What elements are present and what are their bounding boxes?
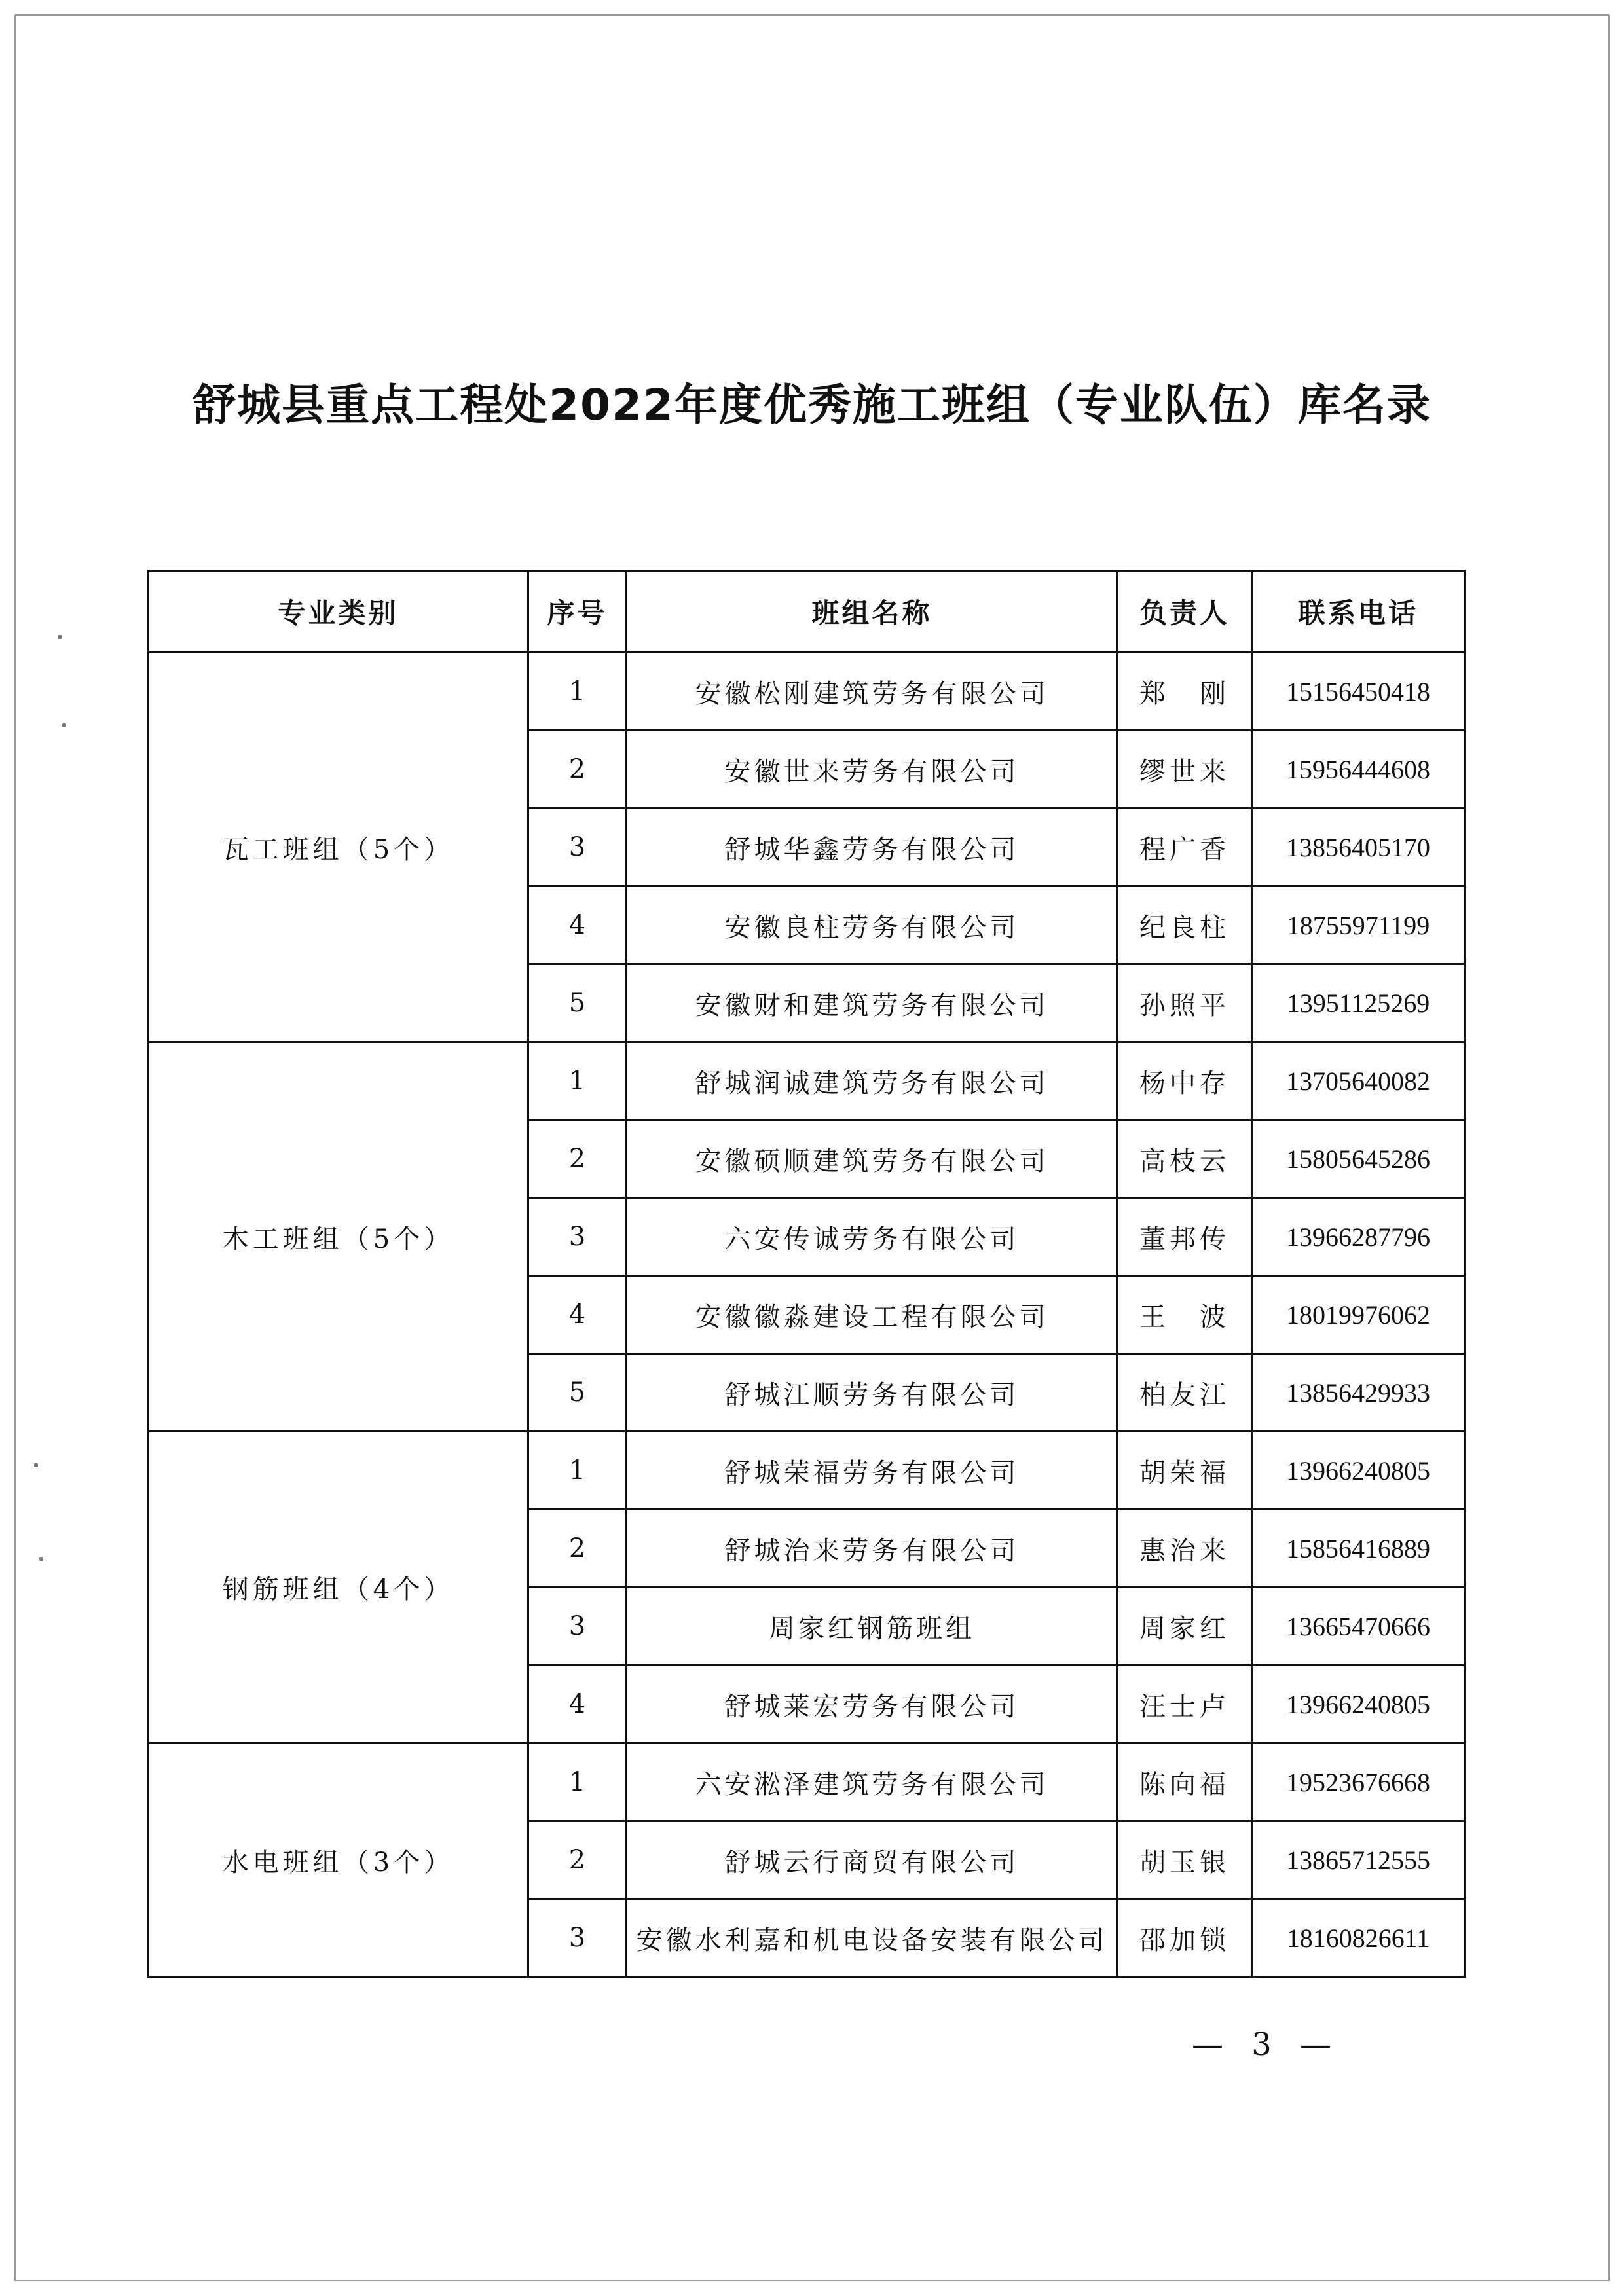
document-title: 舒城县重点工程处2022年度优秀施工班组（专业队伍）库名录 [0, 370, 1624, 432]
index-cell: 3 [528, 1899, 627, 1977]
page-number: — 3 — [1192, 2026, 1340, 2063]
table-row: 钢筋班组（4个） 1 舒城荣福劳务有限公司 胡荣福 13966240805 [149, 1432, 1465, 1510]
phone-cell: 19523676668 [1252, 1743, 1465, 1821]
phone-cell: 18755971199 [1252, 886, 1465, 964]
index-cell: 1 [528, 1042, 627, 1120]
leader-cell: 邵加锁 [1118, 1899, 1252, 1977]
team-name-cell: 舒城云行商贸有限公司 [627, 1821, 1118, 1899]
leader-cell: 郑 刚 [1118, 653, 1252, 731]
index-cell: 3 [528, 1588, 627, 1666]
index-cell: 3 [528, 1198, 627, 1276]
index-cell: 2 [528, 1120, 627, 1198]
phone-cell: 15856416889 [1252, 1510, 1465, 1588]
phone-cell: 13966240805 [1252, 1432, 1465, 1510]
header-leader: 负责人 [1118, 571, 1252, 653]
team-name-cell: 安徽水利嘉和机电设备安装有限公司 [627, 1899, 1118, 1977]
leader-cell: 惠治来 [1118, 1510, 1252, 1588]
leader-cell: 柏友江 [1118, 1354, 1252, 1432]
index-cell: 5 [528, 1354, 627, 1432]
header-index: 序号 [528, 571, 627, 653]
leader-cell: 杨中存 [1118, 1042, 1252, 1120]
index-cell: 1 [528, 1743, 627, 1821]
team-roster-table: 专业类别 序号 班组名称 负责人 联系电话 瓦工班组（5个） 1 安徽松刚建筑劳… [147, 570, 1466, 1978]
header-team-name: 班组名称 [627, 571, 1118, 653]
team-name-cell: 六安传诚劳务有限公司 [627, 1198, 1118, 1276]
index-cell: 1 [528, 653, 627, 731]
phone-cell: 13665470666 [1252, 1588, 1465, 1666]
team-name-cell: 周家红钢筋班组 [627, 1588, 1118, 1666]
team-name-cell: 舒城治来劳务有限公司 [627, 1510, 1118, 1588]
team-name-cell: 安徽财和建筑劳务有限公司 [627, 964, 1118, 1042]
scan-speck [58, 635, 62, 639]
leader-cell: 高枝云 [1118, 1120, 1252, 1198]
scan-speck [39, 1557, 43, 1561]
phone-cell: 13856405170 [1252, 809, 1465, 886]
header-phone: 联系电话 [1252, 571, 1465, 653]
index-cell: 4 [528, 1666, 627, 1743]
table-row: 水电班组（3个） 1 六安淞泽建筑劳务有限公司 陈向福 19523676668 [149, 1743, 1465, 1821]
phone-cell: 18019976062 [1252, 1276, 1465, 1354]
leader-cell: 孙照平 [1118, 964, 1252, 1042]
team-name-cell: 舒城江顺劳务有限公司 [627, 1354, 1118, 1432]
phone-cell: 15156450418 [1252, 653, 1465, 731]
category-cell: 瓦工班组（5个） [149, 653, 528, 1042]
leader-cell: 陈向福 [1118, 1743, 1252, 1821]
index-cell: 3 [528, 809, 627, 886]
team-name-cell: 安徽松刚建筑劳务有限公司 [627, 653, 1118, 731]
phone-cell: 15956444608 [1252, 731, 1465, 809]
leader-cell: 胡玉银 [1118, 1821, 1252, 1899]
index-cell: 2 [528, 731, 627, 809]
category-cell: 水电班组（3个） [149, 1743, 528, 1977]
phone-cell: 15805645286 [1252, 1120, 1465, 1198]
leader-cell: 缪世来 [1118, 731, 1252, 809]
leader-cell: 董邦传 [1118, 1198, 1252, 1276]
phone-cell: 13951125269 [1252, 964, 1465, 1042]
index-cell: 4 [528, 1276, 627, 1354]
leader-cell: 周家红 [1118, 1588, 1252, 1666]
team-name-cell: 舒城荣福劳务有限公司 [627, 1432, 1118, 1510]
scan-speck [34, 1463, 38, 1467]
phone-cell: 18160826611 [1252, 1899, 1465, 1977]
team-name-cell: 安徽良柱劳务有限公司 [627, 886, 1118, 964]
phone-cell: 13705640082 [1252, 1042, 1465, 1120]
table-row: 瓦工班组（5个） 1 安徽松刚建筑劳务有限公司 郑 刚 15156450418 [149, 653, 1465, 731]
leader-cell: 纪良柱 [1118, 886, 1252, 964]
index-cell: 5 [528, 964, 627, 1042]
phone-cell: 13966240805 [1252, 1666, 1465, 1743]
team-name-cell: 舒城华鑫劳务有限公司 [627, 809, 1118, 886]
scan-speck [62, 723, 66, 727]
category-cell: 钢筋班组（4个） [149, 1432, 528, 1743]
phone-cell: 13966287796 [1252, 1198, 1465, 1276]
team-name-cell: 舒城润诚建筑劳务有限公司 [627, 1042, 1118, 1120]
category-cell: 木工班组（5个） [149, 1042, 528, 1432]
table-header-row: 专业类别 序号 班组名称 负责人 联系电话 [149, 571, 1465, 653]
team-name-cell: 舒城莱宏劳务有限公司 [627, 1666, 1118, 1743]
table-row: 木工班组（5个） 1 舒城润诚建筑劳务有限公司 杨中存 13705640082 [149, 1042, 1465, 1120]
leader-cell: 王 波 [1118, 1276, 1252, 1354]
phone-cell: 13865712555 [1252, 1821, 1465, 1899]
leader-cell: 汪士卢 [1118, 1666, 1252, 1743]
index-cell: 2 [528, 1510, 627, 1588]
leader-cell: 胡荣福 [1118, 1432, 1252, 1510]
team-name-cell: 安徽徽淼建设工程有限公司 [627, 1276, 1118, 1354]
team-name-cell: 安徽硕顺建筑劳务有限公司 [627, 1120, 1118, 1198]
index-cell: 1 [528, 1432, 627, 1510]
index-cell: 2 [528, 1821, 627, 1899]
leader-cell: 程广香 [1118, 809, 1252, 886]
phone-cell: 13856429933 [1252, 1354, 1465, 1432]
index-cell: 4 [528, 886, 627, 964]
team-name-cell: 安徽世来劳务有限公司 [627, 731, 1118, 809]
header-category: 专业类别 [149, 571, 528, 653]
team-name-cell: 六安淞泽建筑劳务有限公司 [627, 1743, 1118, 1821]
